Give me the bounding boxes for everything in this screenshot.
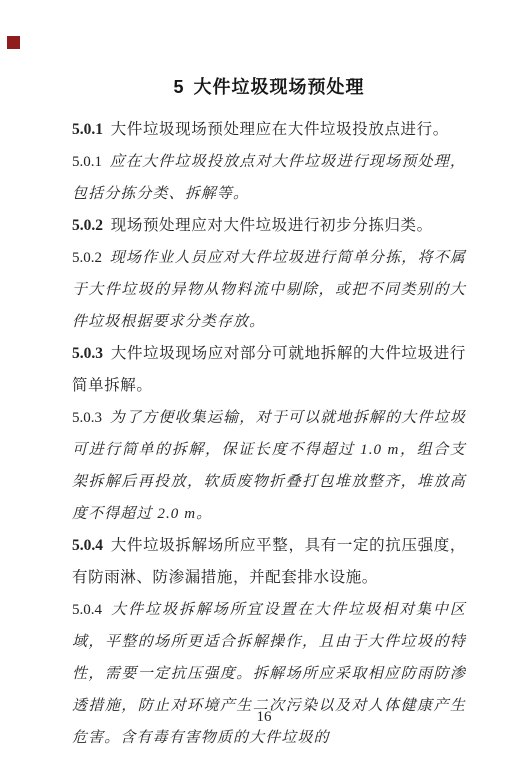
- note-number: 5.0.1: [72, 154, 110, 170]
- clause-number: 5.0.2: [72, 217, 111, 234]
- clause-5-0-4: 5.0.4大件垃圾拆解场所应平整，具有一定的抗压强度，有防雨淋、防渗漏措施，并配…: [72, 530, 466, 594]
- clause-note-5-0-2: 5.0.2现场作业人员应对大件垃圾进行简单分拣，将不属于大件垃圾的异物从物料流中…: [72, 242, 466, 338]
- clause-text: 大件垃圾现场预处理应在大件垃圾投放点进行。: [111, 121, 449, 138]
- clause-text: 现场预处理应对大件垃圾进行初步分拣归类。: [111, 217, 433, 234]
- chapter-number: 5: [173, 77, 184, 97]
- note-number: 5.0.4: [72, 602, 111, 618]
- note-number: 5.0.3: [72, 410, 110, 426]
- clause-text: 大件垃圾拆解场所应平整，具有一定的抗压强度，有防雨淋、防渗漏措施，并配套排水设施…: [72, 537, 466, 586]
- note-text: 现场作业人员应对大件垃圾进行简单分拣，将不属于大件垃圾的异物从物料流中剔除，或把…: [72, 250, 466, 330]
- clause-5-0-3: 5.0.3大件垃圾现场应对部分可就地拆解的大件垃圾进行简单拆解。: [72, 338, 466, 402]
- clause-number: 5.0.4: [72, 537, 111, 554]
- clause-note-5-0-3: 5.0.3为了方便收集运输，对于可以就地拆解的大件垃圾可进行简单的拆解，保证长度…: [72, 402, 466, 530]
- clause-note-5-0-4: 5.0.4大件垃圾拆解场所宜设置在大件垃圾相对集中区域，平整的场所更适合拆解操作…: [72, 594, 466, 754]
- chapter-title: 5大件垃圾现场预处理: [72, 74, 466, 100]
- page-number: 16: [0, 709, 528, 726]
- chapter-title-text: 大件垃圾现场预处理: [194, 77, 365, 97]
- clause-note-5-0-1: 5.0.1应在大件垃圾投放点对大件垃圾进行现场预处理，包括分拣分类、拆解等。: [72, 146, 466, 210]
- red-annotation-marker: [7, 36, 20, 49]
- note-number: 5.0.2: [72, 250, 110, 266]
- note-text: 为了方便收集运输，对于可以就地拆解的大件垃圾可进行简单的拆解，保证长度不得超过 …: [72, 410, 466, 522]
- clause-text: 大件垃圾现场应对部分可就地拆解的大件垃圾进行简单拆解。: [72, 345, 466, 394]
- clause-number: 5.0.1: [72, 121, 111, 138]
- clause-number: 5.0.3: [72, 345, 111, 362]
- note-text: 应在大件垃圾投放点对大件垃圾进行现场预处理，包括分拣分类、拆解等。: [72, 154, 466, 202]
- clause-5-0-2: 5.0.2现场预处理应对大件垃圾进行初步分拣归类。: [72, 210, 466, 242]
- document-page: 5大件垃圾现场预处理 5.0.1大件垃圾现场预处理应在大件垃圾投放点进行。 5.…: [0, 0, 528, 766]
- clause-5-0-1: 5.0.1大件垃圾现场预处理应在大件垃圾投放点进行。: [72, 114, 466, 146]
